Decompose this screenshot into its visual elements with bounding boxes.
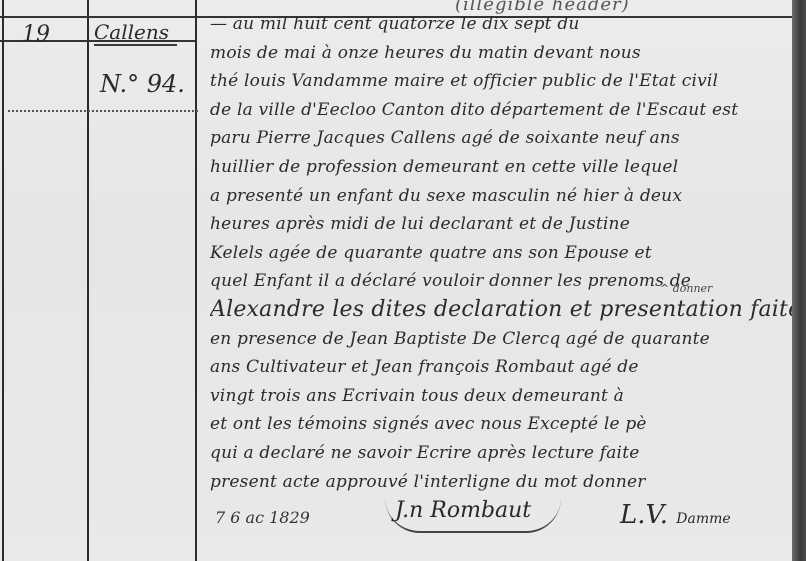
surname: Callens: [94, 20, 177, 46]
record-line: mois de mai à onze heures du matin devan…: [210, 39, 800, 68]
entry-number: 19: [22, 22, 50, 47]
marginal-note: 7 6 ac 1829: [215, 508, 310, 527]
record-line: et ont les témoins signés avec nous Exce…: [210, 410, 800, 439]
record-line: de la ville d'Eecloo Canton dito départe…: [210, 96, 800, 125]
record-line: en presence de Jean Baptiste De Clercq a…: [210, 325, 800, 354]
witness-signature: J.n Rombaut: [385, 498, 561, 533]
record-line: vingt trois ans Ecrivain tous deux demeu…: [210, 382, 800, 411]
record-line: present acte approuvé l'interligne du mo…: [210, 468, 800, 497]
column-rule-1: [87, 0, 89, 561]
record-line: huillier de profession demeurant en cett…: [210, 153, 800, 182]
record-line: — au mil huit cent quatorze le dix sept …: [210, 10, 800, 39]
record-line-given-name: Alexandre les dites declaration et prese…: [210, 296, 800, 325]
record-line: Kelels agée de quarante quatre ans son E…: [210, 239, 800, 268]
record-body: — au mil huit cent quatorze le dix sept …: [210, 10, 800, 496]
dotted-separator: [8, 110, 198, 112]
record-line: a presenté un enfant du sexe masculin né…: [210, 182, 800, 211]
column-rule-2: [195, 0, 197, 561]
record-line: qui a declaré ne savoir Ecrire après lec…: [210, 439, 800, 468]
act-number: N.° 94.: [100, 70, 185, 98]
record-line: thé louis Vandamme maire et officier pub…: [210, 67, 800, 96]
interlinear-insert: ^ donner: [660, 282, 712, 295]
mayor-name: Damme: [676, 511, 730, 527]
record-line: paru Pierre Jacques Callens agé de soixa…: [210, 124, 800, 153]
left-margin-rule: [2, 0, 4, 561]
mayor-initials: L.V.: [620, 500, 668, 530]
mayor-signature: L.V. Damme: [620, 500, 731, 530]
register-page: (illegible header) 19 Callens N.° 94. — …: [0, 0, 792, 561]
record-line: heures après midi de lui declarant et de…: [210, 210, 800, 239]
binding-shadow: [792, 0, 806, 561]
record-line: ans Cultivateur et Jean françois Rombaut…: [210, 353, 800, 382]
